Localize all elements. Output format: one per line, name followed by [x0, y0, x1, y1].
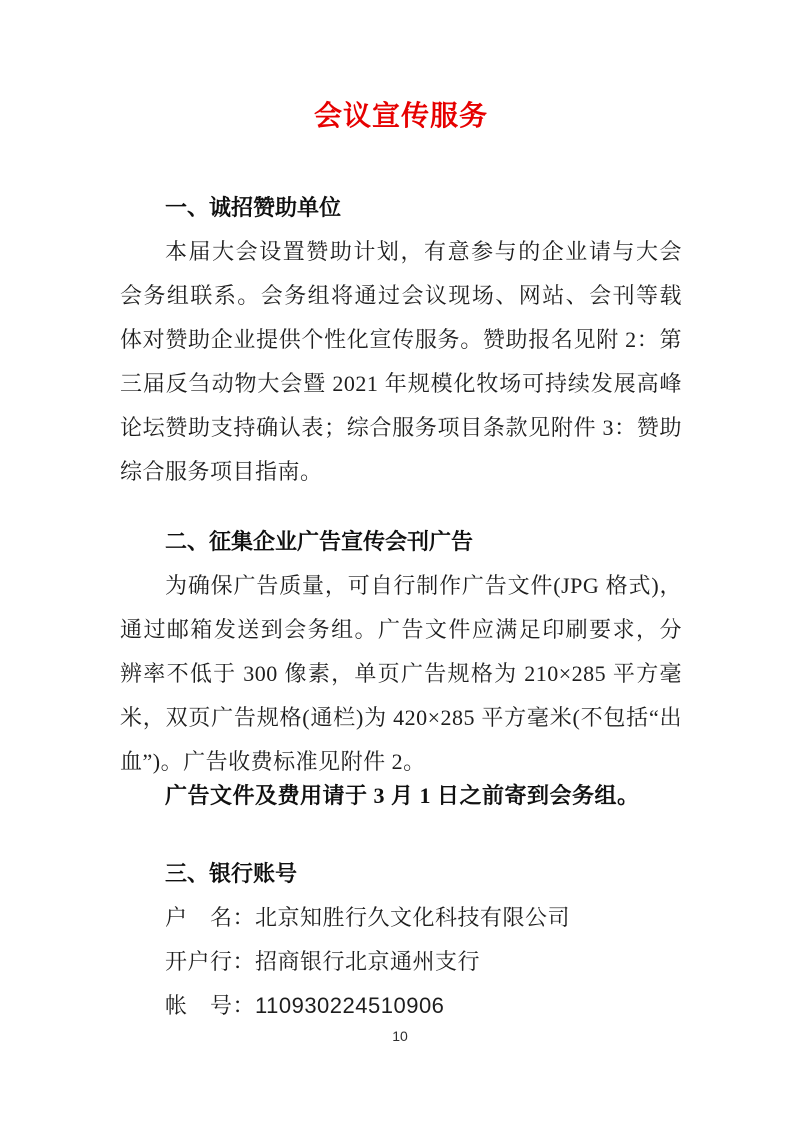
account-number-row: 帐 号：110930224510906: [120, 984, 682, 1028]
document-content: 会议宣传服务 一、诚招赞助单位 本届大会设置赞助计划，有意参与的企业请与大会会务…: [120, 0, 682, 1028]
account-bank-label: 开户行：: [165, 949, 255, 974]
section-1-paragraph: 本届大会设置赞助计划，有意参与的企业请与大会会务组联系。会务组将通过会议现场、网…: [120, 230, 682, 494]
section-bank-account: 三、银行账号 户 名：北京知胜行久文化科技有限公司 开户行：招商银行北京通州支行…: [120, 852, 682, 1028]
page-number: 10: [0, 1028, 800, 1044]
account-name-row: 户 名：北京知胜行久文化科技有限公司: [120, 896, 682, 940]
section-3-heading: 三、银行账号: [120, 852, 682, 896]
section-2-paragraph: 为确保广告质量，可自行制作广告文件(JPG 格式)，通过邮箱发送到会务组。广告文…: [120, 564, 682, 784]
section-2-deadline-note: 广告文件及费用请于 3 月 1 日之前寄到会务组。: [120, 774, 682, 818]
account-name-value: 北京知胜行久文化科技有限公司: [255, 905, 570, 930]
account-name-label: 户 名：: [165, 905, 255, 930]
account-number-label: 帐 号：: [165, 993, 255, 1018]
section-advertising: 二、征集企业广告宣传会刊广告 为确保广告质量，可自行制作广告文件(JPG 格式)…: [120, 520, 682, 818]
section-1-heading: 一、诚招赞助单位: [120, 186, 682, 230]
document-title: 会议宣传服务: [120, 0, 682, 134]
account-bank-value: 招商银行北京通州支行: [255, 949, 480, 974]
section-2-heading: 二、征集企业广告宣传会刊广告: [120, 520, 682, 564]
account-bank-row: 开户行：招商银行北京通州支行: [120, 940, 682, 984]
document-page: 会议宣传服务 一、诚招赞助单位 本届大会设置赞助计划，有意参与的企业请与大会会务…: [0, 0, 800, 1131]
account-number-value: 110930224510906: [255, 993, 444, 1018]
section-sponsorship: 一、诚招赞助单位 本届大会设置赞助计划，有意参与的企业请与大会会务组联系。会务组…: [120, 186, 682, 494]
